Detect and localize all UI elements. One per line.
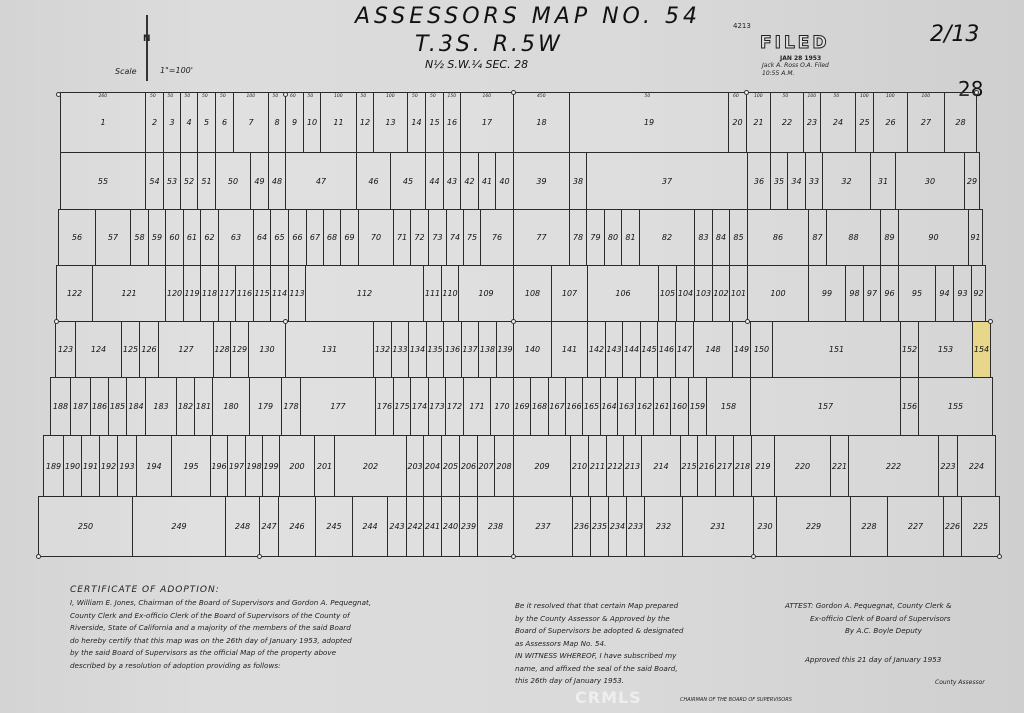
parcel-15[interactable]: 15	[425, 92, 444, 153]
parcel-3[interactable]: 3	[163, 92, 181, 153]
parcel-187[interactable]: 187	[70, 377, 91, 436]
parcel-119[interactable]: 119	[183, 265, 201, 322]
parcel-148[interactable]: 148	[693, 321, 733, 378]
survey-monument-icon	[257, 554, 262, 559]
parcel-22[interactable]: 22	[770, 92, 804, 153]
frontage-dimension: 60	[290, 94, 296, 99]
parcel-20[interactable]: 20	[728, 92, 747, 153]
survey-monument-icon	[745, 319, 750, 324]
parcel-127[interactable]: 127	[158, 321, 214, 378]
parcel-27[interactable]: 27	[907, 92, 945, 153]
parcel-184[interactable]: 184	[126, 377, 146, 436]
parcel-118[interactable]: 118	[200, 265, 219, 322]
parcel-163[interactable]: 163	[617, 377, 636, 436]
parcel-60[interactable]: 60	[165, 209, 184, 266]
parcel-145[interactable]: 145	[640, 321, 658, 378]
parcel-12[interactable]: 12	[356, 92, 374, 153]
parcel-48[interactable]: 48	[268, 152, 286, 210]
parcel-228[interactable]: 228	[850, 496, 888, 557]
parcel-225[interactable]: 225	[961, 496, 1000, 557]
parcel-141[interactable]: 141	[551, 321, 588, 378]
frontage-dimension: 100	[386, 94, 395, 99]
parcel-161[interactable]: 161	[653, 377, 671, 436]
parcel-208[interactable]: 208	[494, 435, 514, 497]
parcel-153[interactable]: 153	[918, 321, 973, 378]
parcel-66[interactable]: 66	[288, 209, 307, 266]
parcel-30[interactable]: 30	[895, 152, 965, 210]
parcel-132[interactable]: 132	[373, 321, 392, 378]
survey-monument-icon	[511, 90, 516, 95]
parcel-34[interactable]: 34	[787, 152, 806, 210]
parcel-212[interactable]: 212	[606, 435, 624, 497]
parcel-226[interactable]: 226	[943, 496, 962, 557]
parcel-143[interactable]: 143	[605, 321, 623, 378]
frontage-dimension: 50	[834, 94, 840, 99]
parcel-105[interactable]: 105	[658, 265, 677, 322]
parcel-99[interactable]: 99	[808, 265, 846, 322]
parcel-120[interactable]: 120	[165, 265, 184, 322]
parcel-213[interactable]: 213	[623, 435, 642, 497]
parcel-53[interactable]: 53	[163, 152, 181, 210]
cert-line: I, William E. Jones, Chairman of the Boa…	[70, 597, 371, 610]
survey-monument-icon	[511, 554, 516, 559]
parcel-180[interactable]: 180	[212, 377, 250, 436]
parcel-75[interactable]: 75	[463, 209, 481, 266]
parcel-83[interactable]: 83	[694, 209, 713, 266]
parcel-41[interactable]: 41	[478, 152, 496, 210]
chairman-signature-line: CHAIRMAN OF THE BOARD OF SUPERVISORS	[680, 694, 792, 707]
parcel-249[interactable]: 249	[132, 496, 226, 557]
frontage-dimension: 150	[448, 94, 457, 99]
parcel-65[interactable]: 65	[270, 209, 289, 266]
parcel-13[interactable]: 13	[373, 92, 408, 153]
parcel-192[interactable]: 192	[99, 435, 118, 497]
parcel-243[interactable]: 243	[387, 496, 407, 557]
parcel-220[interactable]: 220	[774, 435, 831, 497]
parcel-103[interactable]: 103	[694, 265, 713, 322]
parcel-178[interactable]: 178	[281, 377, 301, 436]
cert-line: as Assessors Map No. 54.	[515, 638, 683, 651]
parcel-182[interactable]: 182	[176, 377, 195, 436]
parcel-101[interactable]: 101	[729, 265, 748, 322]
parcel-50[interactable]: 50	[215, 152, 251, 210]
parcel-139[interactable]: 139	[496, 321, 514, 378]
parcel-28[interactable]: 28	[944, 92, 977, 153]
parcel-63[interactable]: 63	[218, 209, 254, 266]
parcel-191[interactable]: 191	[81, 435, 100, 497]
cert-line: by the County Assessor & Approved by the	[515, 613, 683, 626]
parcel-8[interactable]: 8	[268, 92, 286, 153]
frontage-dimension: 260	[99, 94, 108, 99]
parcel-239[interactable]: 239	[459, 496, 478, 557]
map-sheet: ASSESSORS MAP NO. 54 T.3S. R.5W N½ S.W.¼…	[0, 0, 1024, 713]
parcel-74[interactable]: 74	[446, 209, 464, 266]
parcel-80[interactable]: 80	[604, 209, 622, 266]
parcel-52[interactable]: 52	[180, 152, 198, 210]
parcel-176[interactable]: 176	[375, 377, 394, 436]
parcel-238[interactable]: 238	[477, 496, 514, 557]
parcel-44[interactable]: 44	[425, 152, 444, 210]
parcel-92[interactable]: 92	[971, 265, 986, 322]
parcel-205[interactable]: 205	[441, 435, 460, 497]
parcel-248[interactable]: 248	[225, 496, 260, 557]
parcel-96[interactable]: 96	[880, 265, 899, 322]
cert-line: this 26th day of January 1953.	[515, 675, 683, 688]
frontage-dimension: 50	[202, 94, 208, 99]
parcel-250[interactable]: 250	[38, 496, 133, 557]
parcel-10[interactable]: 10	[303, 92, 321, 153]
parcel-116[interactable]: 116	[235, 265, 254, 322]
parcel-104[interactable]: 104	[676, 265, 695, 322]
parcel-47[interactable]: 47	[285, 152, 357, 210]
parcel-150[interactable]: 150	[750, 321, 773, 378]
parcel-100[interactable]: 100	[747, 265, 809, 322]
frontage-dimension: 50	[361, 94, 367, 99]
parcel-79[interactable]: 79	[586, 209, 605, 266]
parcel-159[interactable]: 159	[688, 377, 707, 436]
survey-monument-icon	[511, 319, 516, 324]
parcel-217[interactable]: 217	[715, 435, 734, 497]
parcel-61[interactable]: 61	[183, 209, 201, 266]
parcel-115[interactable]: 115	[253, 265, 271, 322]
parcel-23[interactable]: 23	[803, 92, 821, 153]
parcel-42[interactable]: 42	[460, 152, 479, 210]
parcel-240[interactable]: 240	[441, 496, 460, 557]
parcel-133[interactable]: 133	[391, 321, 409, 378]
frontage-dimension: 50	[308, 94, 314, 99]
parcel-214[interactable]: 214	[641, 435, 681, 497]
parcel-49[interactable]: 49	[250, 152, 269, 210]
survey-monument-icon	[283, 319, 288, 324]
parcel-146[interactable]: 146	[657, 321, 676, 378]
parcel-241[interactable]: 241	[423, 496, 442, 557]
parcel-16[interactable]: 16	[443, 92, 461, 153]
parcel-18[interactable]: 18	[513, 92, 570, 153]
parcel-124[interactable]: 124	[75, 321, 122, 378]
parcel-56[interactable]: 56	[58, 209, 96, 266]
parcel-216[interactable]: 216	[697, 435, 716, 497]
parcel-174[interactable]: 174	[410, 377, 429, 436]
parcel-77[interactable]: 77	[513, 209, 570, 266]
certificate-title: CERTIFICATE OF ADOPTION:	[70, 585, 220, 595]
parcel-102[interactable]: 102	[712, 265, 730, 322]
parcel-235[interactable]: 235	[590, 496, 609, 557]
parcel-190[interactable]: 190	[63, 435, 82, 497]
frontage-dimension: 50	[273, 94, 279, 99]
attest-line: Ex-officio Clerk of Board of Supervisors	[785, 613, 952, 626]
frontage-dimension: 50	[412, 94, 418, 99]
parcel-110[interactable]: 110	[441, 265, 459, 322]
parcel-135[interactable]: 135	[426, 321, 444, 378]
parcel-152[interactable]: 152	[900, 321, 919, 378]
parcel-84[interactable]: 84	[712, 209, 730, 266]
parcel-147[interactable]: 147	[675, 321, 694, 378]
parcel-181[interactable]: 181	[194, 377, 213, 436]
parcel-46[interactable]: 46	[356, 152, 391, 210]
parcel-244[interactable]: 244	[352, 496, 388, 557]
parcel-129[interactable]: 129	[230, 321, 249, 378]
parcel-209[interactable]: 209	[513, 435, 571, 497]
parcel-71[interactable]: 71	[393, 209, 411, 266]
frontage-dimension: 100	[334, 94, 343, 99]
survey-monument-icon	[974, 90, 979, 95]
parcel-98[interactable]: 98	[845, 265, 864, 322]
parcel-224[interactable]: 224	[957, 435, 996, 497]
parcel-195[interactable]: 195	[171, 435, 211, 497]
parcel-211[interactable]: 211	[588, 435, 607, 497]
survey-monument-icon	[54, 319, 59, 324]
parcel-128[interactable]: 128	[213, 321, 231, 378]
approved-line: Approved this 21 day of January 1953	[805, 654, 985, 667]
parcel-207[interactable]: 207	[477, 435, 495, 497]
parcel-45[interactable]: 45	[390, 152, 426, 210]
parcel-149[interactable]: 149	[732, 321, 751, 378]
parcel-70[interactable]: 70	[358, 209, 394, 266]
parcel-140[interactable]: 140	[513, 321, 552, 378]
parcel-109[interactable]: 109	[458, 265, 514, 322]
parcel-175[interactable]: 175	[393, 377, 411, 436]
survey-monument-icon	[988, 319, 993, 324]
parcel-91[interactable]: 91	[968, 209, 983, 266]
parcel-51[interactable]: 51	[197, 152, 216, 210]
parcel-142[interactable]: 142	[587, 321, 606, 378]
parcel-111[interactable]: 111	[423, 265, 442, 322]
parcel-137[interactable]: 137	[461, 321, 479, 378]
parcel-29[interactable]: 29	[964, 152, 980, 210]
frontage-dimension: 450	[537, 94, 546, 99]
parcel-88[interactable]: 88	[826, 209, 881, 266]
parcel-215[interactable]: 215	[680, 435, 698, 497]
parcel-37[interactable]: 37	[586, 152, 748, 210]
frontage-dimension: 100	[922, 94, 931, 99]
frontage-dimension: 50	[430, 94, 436, 99]
parcel-157[interactable]: 157	[750, 377, 901, 436]
frontage-dimension: 60	[733, 94, 739, 99]
parcel-108[interactable]: 108	[513, 265, 552, 322]
parcel-21[interactable]: 21	[746, 92, 771, 153]
parcel-164[interactable]: 164	[600, 377, 618, 436]
parcel-160[interactable]: 160	[670, 377, 689, 436]
parcel-93[interactable]: 93	[953, 265, 972, 322]
parcel-189[interactable]: 189	[43, 435, 64, 497]
parcel-232[interactable]: 232	[644, 496, 683, 557]
parcel-112[interactable]: 112	[305, 265, 424, 322]
parcel-33[interactable]: 33	[805, 152, 823, 210]
parcel-236[interactable]: 236	[572, 496, 591, 557]
parcel-55[interactable]: 55	[60, 152, 146, 210]
parcel-219[interactable]: 219	[751, 435, 775, 497]
parcel-5[interactable]: 5	[197, 92, 216, 153]
parcel-73[interactable]: 73	[428, 209, 447, 266]
parcel-204[interactable]: 204	[423, 435, 442, 497]
parcel-122[interactable]: 122	[56, 265, 93, 322]
parcel-25[interactable]: 25	[855, 92, 874, 153]
parcel-97[interactable]: 97	[863, 265, 881, 322]
parcel-114[interactable]: 114	[270, 265, 289, 322]
parcel-19[interactable]: 19	[569, 92, 729, 153]
parcel-171[interactable]: 171	[463, 377, 491, 436]
frontage-dimension: 160	[483, 94, 492, 99]
parcel-9[interactable]: 9	[285, 92, 304, 153]
parcel-78[interactable]: 78	[569, 209, 587, 266]
parcel-227[interactable]: 227	[887, 496, 944, 557]
parcel-36[interactable]: 36	[747, 152, 771, 210]
parcel-158[interactable]: 158	[706, 377, 751, 436]
parcel-194[interactable]: 194	[136, 435, 172, 497]
parcel-24[interactable]: 24	[820, 92, 856, 153]
frontage-dimension: 50	[645, 94, 651, 99]
parcel-246[interactable]: 246	[278, 496, 316, 557]
parcel-87[interactable]: 87	[808, 209, 827, 266]
parcel-31[interactable]: 31	[870, 152, 896, 210]
approved-block: Approved this 21 day of January 1953 Cou…	[805, 654, 985, 689]
parcel-14[interactable]: 14	[407, 92, 426, 153]
parcel-188[interactable]: 188	[50, 377, 71, 436]
survey-monument-icon	[751, 554, 756, 559]
frontage-dimension: 100	[808, 94, 817, 99]
cert-line: Be it resolved that that certain Map pre…	[515, 600, 683, 613]
parcel-6[interactable]: 6	[215, 92, 234, 153]
parcel-58[interactable]: 58	[130, 209, 149, 266]
parcel-237[interactable]: 237	[513, 496, 573, 557]
cert-line: County Clerk and Ex-officio Clerk of the…	[70, 610, 371, 623]
parcel-186[interactable]: 186	[90, 377, 109, 436]
parcel-162[interactable]: 162	[635, 377, 654, 436]
parcel-203[interactable]: 203	[406, 435, 424, 497]
parcel-230[interactable]: 230	[753, 496, 777, 557]
parcel-233[interactable]: 233	[626, 496, 645, 557]
parcel-40[interactable]: 40	[495, 152, 514, 210]
parcel-11[interactable]: 11	[320, 92, 357, 153]
parcel-155[interactable]: 155	[918, 377, 993, 436]
parcel-2[interactable]: 2	[145, 92, 164, 153]
parcel-90[interactable]: 90	[898, 209, 969, 266]
parcel-7[interactable]: 7	[233, 92, 269, 153]
parcel-113[interactable]: 113	[288, 265, 306, 322]
parcel-117[interactable]: 117	[218, 265, 236, 322]
parcel-134[interactable]: 134	[408, 321, 427, 378]
parcel-154[interactable]: 154	[972, 321, 991, 378]
parcel-168[interactable]: 168	[530, 377, 549, 436]
parcel-35[interactable]: 35	[770, 152, 788, 210]
parcel-144[interactable]: 144	[622, 321, 641, 378]
parcel-156[interactable]: 156	[900, 377, 919, 436]
frontage-dimension: 100	[754, 94, 763, 99]
parcel-38[interactable]: 38	[569, 152, 587, 210]
survey-monument-icon	[744, 90, 749, 95]
parcel-183[interactable]: 183	[145, 377, 177, 436]
parcel-242[interactable]: 242	[406, 496, 424, 557]
parcel-94[interactable]: 94	[935, 265, 954, 322]
parcel-39[interactable]: 39	[513, 152, 570, 210]
parcel-170[interactable]: 170	[490, 377, 514, 436]
parcel-166[interactable]: 166	[565, 377, 583, 436]
parcel-69[interactable]: 69	[340, 209, 359, 266]
parcel-82[interactable]: 82	[639, 209, 695, 266]
parcel-202[interactable]: 202	[334, 435, 407, 497]
parcel-179[interactable]: 179	[249, 377, 282, 436]
parcel-223[interactable]: 223	[938, 435, 958, 497]
parcel-54[interactable]: 54	[145, 152, 164, 210]
parcel-67[interactable]: 67	[306, 209, 324, 266]
parcel-231[interactable]: 231	[682, 496, 754, 557]
parcel-64[interactable]: 64	[253, 209, 271, 266]
parcel-81[interactable]: 81	[621, 209, 640, 266]
parcel-86[interactable]: 86	[747, 209, 809, 266]
parcel-4[interactable]: 4	[180, 92, 198, 153]
parcel-130[interactable]: 130	[248, 321, 286, 378]
parcel-210[interactable]: 210	[570, 435, 589, 497]
frontage-dimension: 100	[860, 94, 869, 99]
attest-block: ATTEST: Gordon A. Pequegnat, County Cler…	[785, 600, 952, 638]
parcel-196[interactable]: 196	[210, 435, 228, 497]
parcel-222[interactable]: 222	[848, 435, 939, 497]
parcel-165[interactable]: 165	[582, 377, 601, 436]
parcel-107[interactable]: 107	[551, 265, 588, 322]
parcel-136[interactable]: 136	[443, 321, 462, 378]
parcel-1[interactable]: 1	[60, 92, 146, 153]
parcel-26[interactable]: 26	[873, 92, 908, 153]
parcel-198[interactable]: 198	[245, 435, 263, 497]
attest-line: ATTEST: Gordon A. Pequegnat, County Cler…	[785, 600, 952, 613]
frontage-dimension: 50	[220, 94, 226, 99]
parcel-72[interactable]: 72	[410, 209, 429, 266]
parcel-151[interactable]: 151	[772, 321, 901, 378]
parcel-201[interactable]: 201	[314, 435, 335, 497]
parcel-234[interactable]: 234	[608, 496, 627, 557]
parcel-185[interactable]: 185	[108, 377, 127, 436]
parcel-138[interactable]: 138	[478, 321, 497, 378]
parcel-95[interactable]: 95	[898, 265, 936, 322]
parcel-62[interactable]: 62	[200, 209, 219, 266]
parcel-59[interactable]: 59	[148, 209, 166, 266]
parcel-43[interactable]: 43	[443, 152, 461, 210]
parcel-123[interactable]: 123	[55, 321, 76, 378]
survey-monument-icon	[283, 92, 288, 97]
parcel-121[interactable]: 121	[92, 265, 166, 322]
parcel-57[interactable]: 57	[95, 209, 131, 266]
parcel-218[interactable]: 218	[733, 435, 752, 497]
parcel-247[interactable]: 247	[259, 496, 279, 557]
parcel-221[interactable]: 221	[830, 435, 849, 497]
parcel-167[interactable]: 167	[548, 377, 566, 436]
parcel-206[interactable]: 206	[459, 435, 478, 497]
parcel-106[interactable]: 106	[587, 265, 659, 322]
parcel-177[interactable]: 177	[300, 377, 376, 436]
parcel-169[interactable]: 169	[513, 377, 531, 436]
parcel-85[interactable]: 85	[729, 209, 748, 266]
parcel-245[interactable]: 245	[315, 496, 353, 557]
parcel-229[interactable]: 229	[776, 496, 851, 557]
parcel-89[interactable]: 89	[880, 209, 899, 266]
frontage-dimension: 50	[783, 94, 789, 99]
parcel-197[interactable]: 197	[227, 435, 246, 497]
parcel-76[interactable]: 76	[480, 209, 514, 266]
approved-line: County Assessor	[805, 667, 985, 690]
parcel-32[interactable]: 32	[822, 152, 871, 210]
parcel-200[interactable]: 200	[279, 435, 315, 497]
frontage-dimension: 100	[886, 94, 895, 99]
parcel-172[interactable]: 172	[445, 377, 464, 436]
parcel-131[interactable]: 131	[285, 321, 374, 378]
parcel-126[interactable]: 126	[139, 321, 159, 378]
parcel-17[interactable]: 17	[460, 92, 514, 153]
parcel-199[interactable]: 199	[262, 435, 280, 497]
parcel-68[interactable]: 68	[323, 209, 341, 266]
parcel-193[interactable]: 193	[117, 435, 137, 497]
parcel-125[interactable]: 125	[121, 321, 140, 378]
parcel-173[interactable]: 173	[428, 377, 446, 436]
